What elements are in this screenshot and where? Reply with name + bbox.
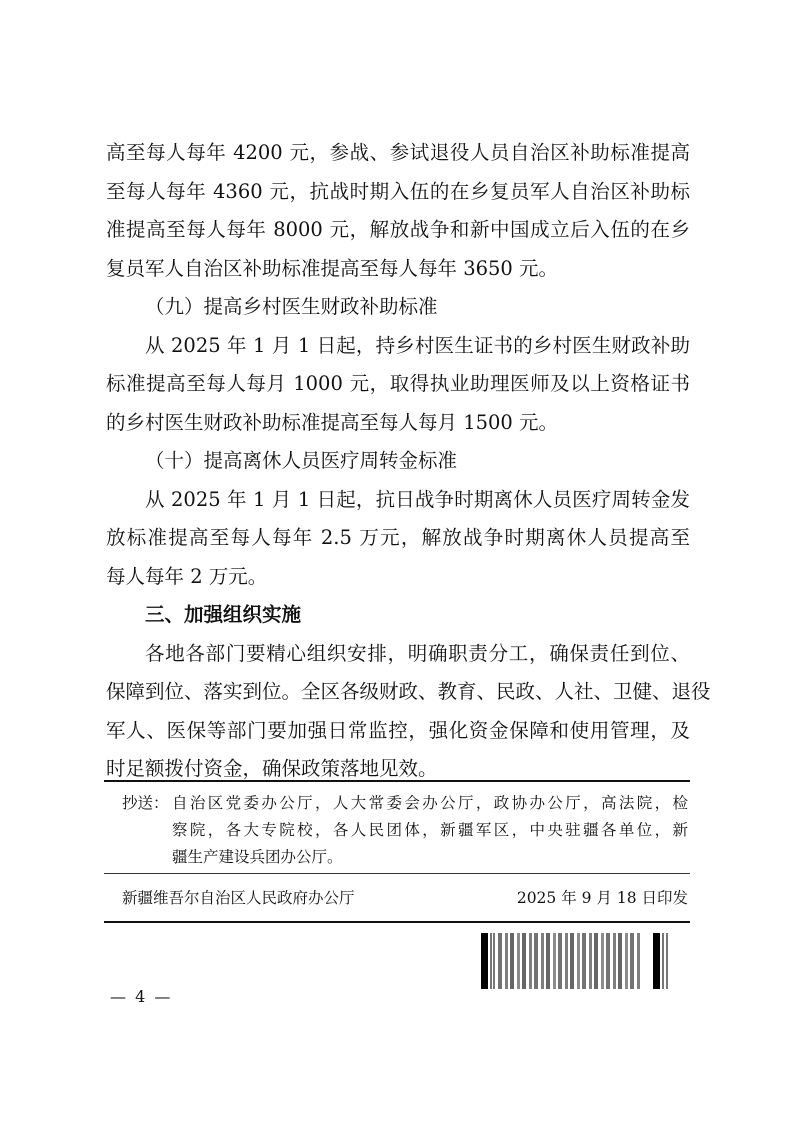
cc-label: 抄送： — [122, 790, 172, 817]
body-line: 的乡村医生财政补助标准提高至每人每月 1500 元。 — [106, 404, 690, 443]
issuer-row: 新疆维吾尔自治区人民政府办公厅 2025 年 9 月 18 日印发 — [122, 884, 688, 912]
cc-block: 抄送： 自治区党委办公厅，人大常委会办公厅，政协办公厅，高法院，检 察院，各大专… — [122, 790, 688, 871]
barcode-icon — [481, 933, 671, 989]
section-heading-implementation: 三、加强组织实施 — [106, 596, 690, 635]
document-body: 高至每人每年 4200 元，参战、参试退役人员自治区补助标准提高 至每人每年 4… — [106, 134, 690, 789]
body-line: 保障到位、落实到位。全区各级财政、教育、民政、人社、卫健、退役 — [106, 673, 690, 712]
body-line: 高至每人每年 4200 元，参战、参试退役人员自治区补助标准提高 — [106, 134, 690, 173]
body-line: 各地各部门要精心组织安排，明确职责分工，确保责任到位、 — [106, 635, 690, 674]
footer-middle-rule — [104, 873, 690, 874]
page-number: — 4 — — [110, 987, 172, 1006]
body-line: 至每人每年 4360 元，抗战时期入伍的在乡复员军人自治区补助标 — [106, 173, 690, 212]
body-line: 从 2025 年 1 月 1 日起，抗日战争时期离休人员医疗周转金发 — [106, 481, 690, 520]
issuer-name: 新疆维吾尔自治区人民政府办公厅 — [122, 884, 355, 912]
issue-date: 2025 年 9 月 18 日印发 — [517, 884, 688, 912]
body-line: 时足额拨付资金，确保政策落地见效。 — [106, 750, 690, 789]
cc-line: 自治区党委办公厅，人大常委会办公厅，政协办公厅，高法院，检 — [172, 790, 688, 817]
body-line: 放标准提高至每人每年 2.5 万元，解放战争时期离休人员提高至 — [106, 519, 690, 558]
body-line: 准提高至每人每年 8000 元，解放战争和新中国成立后入伍的在乡 — [106, 211, 690, 250]
subheading-retiree-medical-fund: （十）提高离休人员医疗周转金标准 — [106, 442, 690, 481]
body-line: 军人、医保等部门要加强日常监控，强化资金保障和使用管理，及 — [106, 712, 690, 751]
body-line: 从 2025 年 1 月 1 日起，持乡村医生证书的乡村医生财政补助 — [106, 327, 690, 366]
body-line: 标准提高至每人每月 1000 元，取得执业助理医师及以上资格证书 — [106, 365, 690, 404]
cc-line: 疆生产建设兵团办公厅。 — [172, 844, 688, 871]
footer-top-rule — [104, 780, 690, 782]
cc-line: 察院，各大专院校，各人民团体，新疆军区，中央驻疆各单位，新 — [172, 817, 688, 844]
body-line: 复员军人自治区补助标准提高至每人每年 3650 元。 — [106, 250, 690, 289]
body-line: 每人每年 2 万元。 — [106, 558, 690, 597]
subheading-rural-doctors: （九）提高乡村医生财政补助标准 — [106, 288, 690, 327]
footer-bottom-rule — [104, 921, 690, 923]
